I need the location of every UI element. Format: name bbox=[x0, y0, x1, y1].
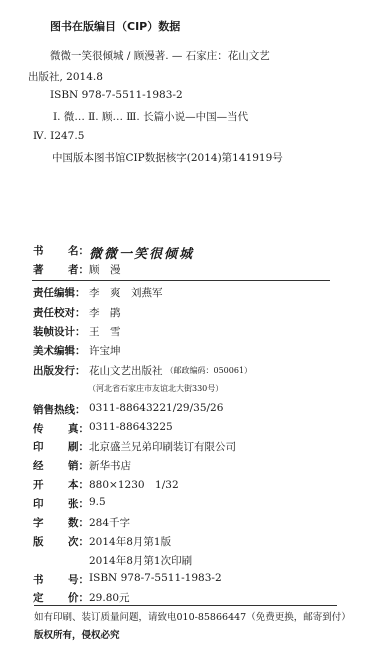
rights-notice: 版权所有，侵权必究 bbox=[34, 627, 120, 641]
row-sales-hotline: 销售热线： 0311-88643221/29/35/26 bbox=[33, 402, 223, 417]
label: 名： bbox=[68, 243, 89, 262]
printing: 2014年8月第1次印刷 bbox=[89, 553, 192, 568]
row-book-number: 书号： ISBN 978-7-5511-1983-2 bbox=[33, 572, 222, 587]
label: 真： bbox=[68, 421, 89, 436]
label: 著 bbox=[33, 262, 44, 277]
publisher-address: （河北省石家庄市友谊北大街330号） bbox=[88, 383, 223, 394]
bottom-rule bbox=[34, 605, 337, 606]
value: 284千字 bbox=[89, 515, 130, 530]
value: 880×1230 1/32 bbox=[89, 477, 179, 492]
quality-notice: 如有印刷、装订质量问题，请致电010-85866447（免费更换，邮寄到付） bbox=[34, 609, 351, 623]
row-proofreader: 责任校对： 李 鹃 bbox=[33, 305, 121, 320]
value: 北京盛兰兄弟印刷装订有限公司 bbox=[89, 439, 236, 454]
label: 张： bbox=[68, 496, 89, 511]
label: 号： bbox=[68, 572, 89, 587]
label: 刷： bbox=[68, 439, 89, 454]
label: 本： bbox=[68, 477, 89, 492]
label: 数： bbox=[68, 515, 89, 530]
value: 0311-88643221/29/35/26 bbox=[89, 402, 223, 417]
label: 美术编辑： bbox=[33, 343, 89, 358]
label: 装帧设计： bbox=[33, 324, 89, 339]
label: 价： bbox=[68, 590, 89, 605]
top-rule bbox=[32, 280, 330, 281]
label: 印 bbox=[33, 439, 44, 454]
value: 2014年8月第1版 bbox=[89, 534, 171, 549]
label: 版 bbox=[33, 534, 44, 549]
row-format: 开本： 880×1230 1/32 bbox=[33, 477, 179, 492]
row-sheets: 印张： 9.5 bbox=[33, 496, 106, 511]
row-title: 书名： 微微一笑很倾城 bbox=[33, 243, 194, 262]
label: 书 bbox=[33, 572, 44, 587]
cip-line-2: 出版社, 2014.8 bbox=[28, 69, 103, 84]
row-printer: 印刷： 北京盛兰兄弟印刷装订有限公司 bbox=[33, 439, 236, 454]
value: 新华书店 bbox=[89, 458, 131, 473]
label: 定 bbox=[33, 590, 44, 605]
label: 传 bbox=[33, 421, 44, 436]
cip-line-1: 微微一笑很倾城 / 顾漫著. — 石家庄：花山文艺 bbox=[50, 48, 270, 63]
row-fax: 传真： 0311-88643225 bbox=[33, 421, 173, 436]
row-edition: 版次： 2014年8月第1版 bbox=[33, 534, 171, 549]
label: 责任编辑： bbox=[33, 285, 89, 300]
row-word-count: 字数： 284千字 bbox=[33, 515, 130, 530]
book-title: 微微一笑很倾城 bbox=[89, 243, 194, 262]
value: 花山文艺出版社 bbox=[89, 363, 163, 378]
postcode: （邮政编码：050061） bbox=[166, 365, 253, 378]
row-designer: 装帧设计： 王 雪 bbox=[33, 324, 121, 339]
label: 者： bbox=[68, 262, 89, 277]
label: 销： bbox=[68, 458, 89, 473]
row-editor: 责任编辑： 李 爽 刘燕军 bbox=[33, 285, 163, 300]
label: 销售热线： bbox=[33, 402, 89, 417]
value: 0311-88643225 bbox=[89, 421, 173, 436]
value: 李 鹃 bbox=[89, 305, 121, 320]
label: 责任校对： bbox=[33, 305, 89, 320]
cip-classification: Ⅳ. I247.5 bbox=[33, 130, 84, 142]
label: 次： bbox=[68, 534, 89, 549]
label: 印 bbox=[33, 496, 44, 511]
label: 开 bbox=[33, 477, 44, 492]
value: ISBN 978-7-5511-1983-2 bbox=[89, 572, 222, 587]
row-price: 定价： 29.80元 bbox=[33, 590, 130, 605]
label: 出版发行： bbox=[33, 363, 89, 378]
label: 字 bbox=[33, 515, 44, 530]
label: 书 bbox=[33, 243, 44, 262]
cip-core-number: 中国版本图书馆CIP数据核字(2014)第141919号 bbox=[52, 150, 283, 165]
cip-isbn: ISBN 978-7-5511-1983-2 bbox=[50, 89, 183, 101]
value: 李 爽 刘燕军 bbox=[89, 285, 163, 300]
value: 许宝坤 bbox=[89, 343, 121, 358]
value: 29.80元 bbox=[89, 590, 130, 605]
value: 王 雪 bbox=[89, 324, 121, 339]
cip-heading: 图书在版编目（CIP）数据 bbox=[50, 18, 180, 34]
author: 顾 漫 bbox=[89, 262, 121, 277]
value: 9.5 bbox=[89, 496, 106, 511]
row-author: 著者： 顾 漫 bbox=[33, 262, 121, 277]
row-art-editor: 美术编辑： 许宝坤 bbox=[33, 343, 121, 358]
label: 经 bbox=[33, 458, 44, 473]
cip-subjects: Ⅰ. 微… Ⅱ. 顾… Ⅲ. 长篇小说—中国—当代 bbox=[53, 109, 248, 124]
row-publisher: 出版发行： 花山文艺出版社 （邮政编码：050061） bbox=[33, 363, 252, 378]
row-distributor: 经销： 新华书店 bbox=[33, 458, 131, 473]
